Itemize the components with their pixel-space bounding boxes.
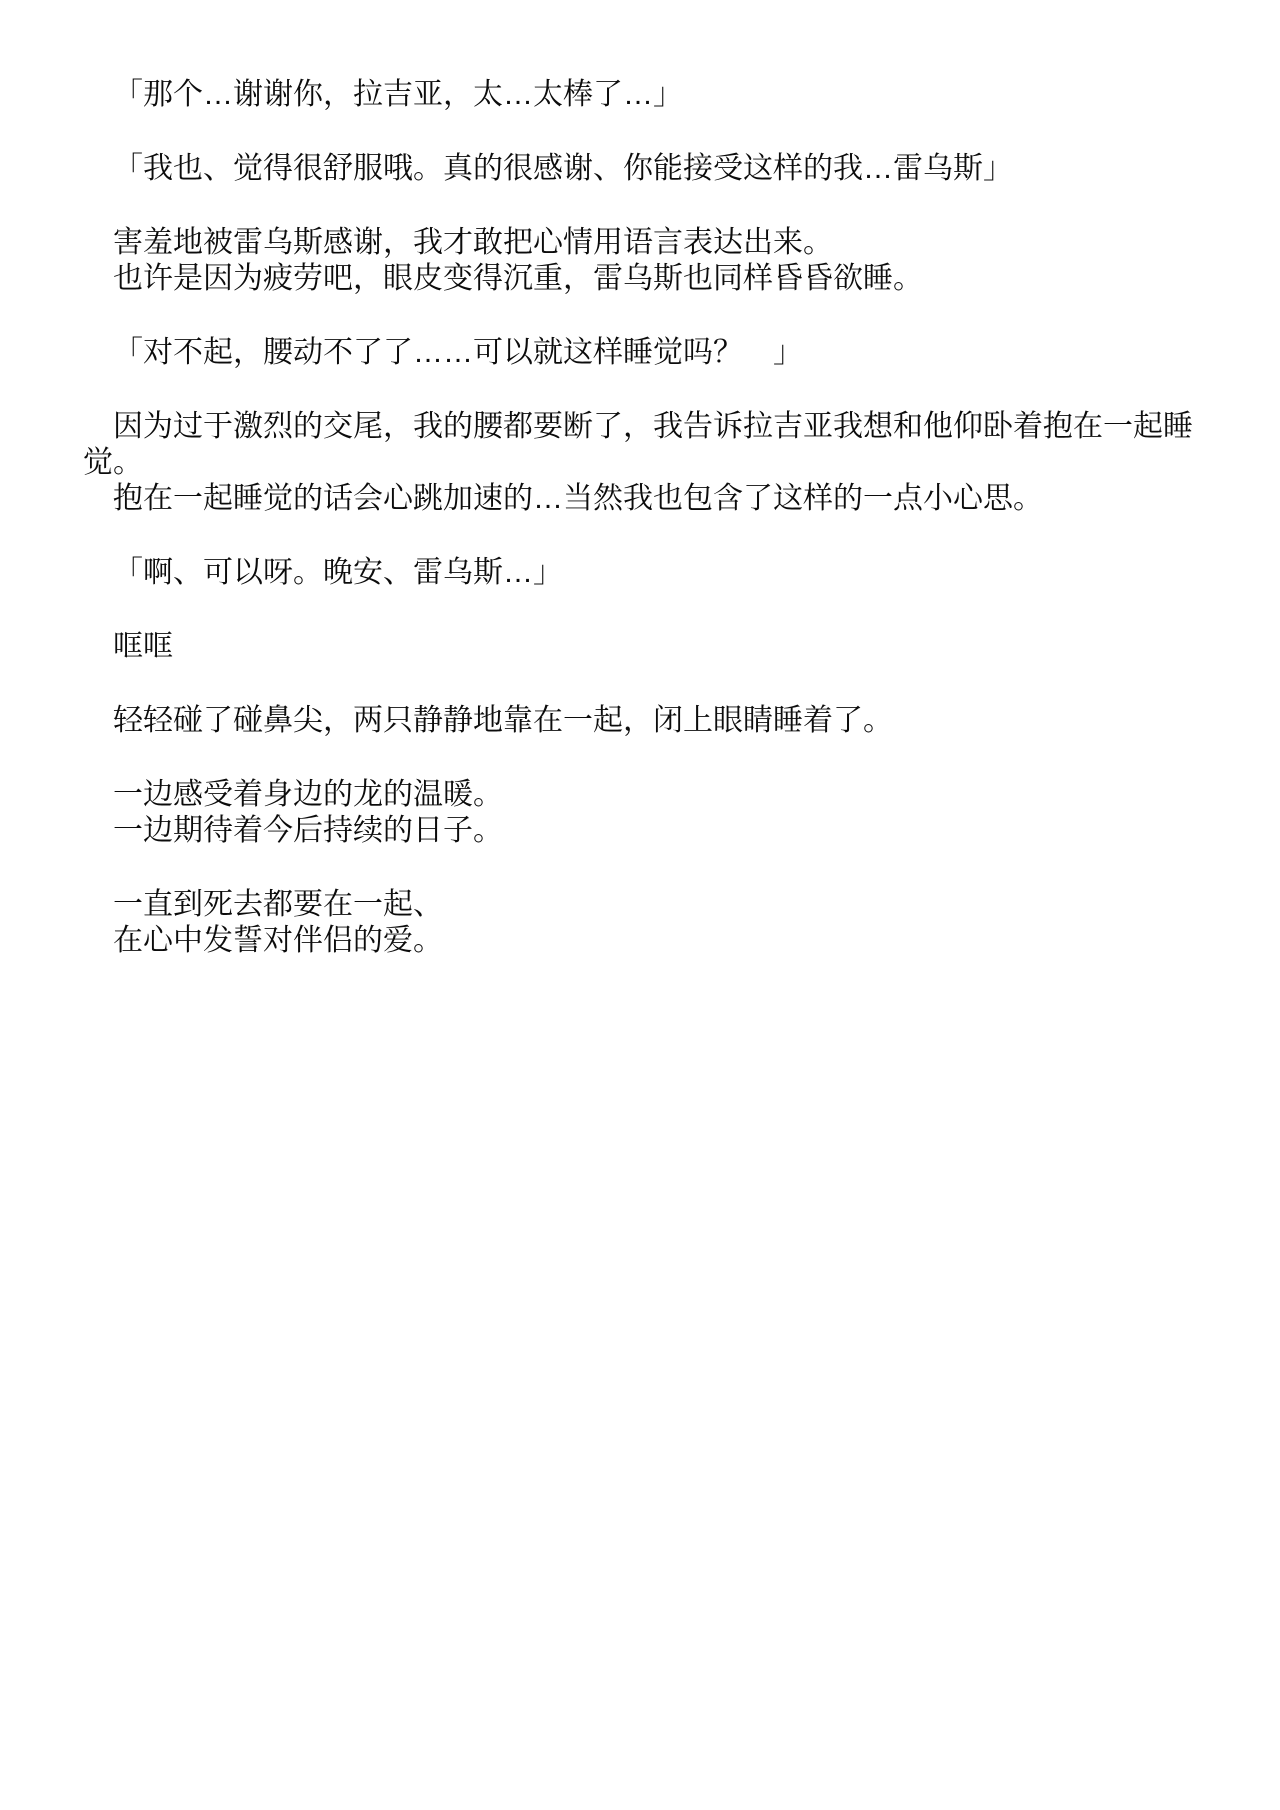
- paragraph-dialogue-4: 「啊、可以呀。晚安、雷乌斯…」: [83, 555, 1203, 591]
- text-line: 哐哐: [83, 629, 1203, 665]
- text-line: 「对不起，腰动不了了……可以就这样睡觉吗？ 」: [83, 335, 1203, 371]
- text-line: 因为过于激烈的交尾，我的腰都要断了，我告诉拉吉亚我想和他仰卧着抱在一起睡觉。: [83, 409, 1203, 481]
- text-line: 一边期待着今后持续的日子。: [83, 813, 1203, 849]
- text-line: 「我也、觉得很舒服哦。真的很感谢、你能接受这样的我…雷乌斯」: [83, 151, 1203, 187]
- text-line: 「那个…谢谢你，拉吉亚，太…太棒了…」: [83, 77, 1203, 113]
- text-line: 轻轻碰了碰鼻尖，两只静静地靠在一起，闭上眼睛睡着了。: [83, 703, 1203, 739]
- paragraph-dialogue-3: 「对不起，腰动不了了……可以就这样睡觉吗？ 」: [83, 335, 1203, 371]
- text-line: 在心中发誓对伴侣的爱。: [83, 923, 1203, 959]
- text-line: 一直到死去都要在一起、: [83, 887, 1203, 923]
- paragraph-narration-2: 因为过于激烈的交尾，我的腰都要断了，我告诉拉吉亚我想和他仰卧着抱在一起睡觉。 抱…: [83, 409, 1203, 517]
- text-line: 害羞地被雷乌斯感谢，我才敢把心情用语言表达出来。: [83, 225, 1203, 261]
- paragraph-narration-3: 轻轻碰了碰鼻尖，两只静静地靠在一起，闭上眼睛睡着了。: [83, 703, 1203, 739]
- paragraph-onomatopoeia: 哐哐: [83, 629, 1203, 665]
- text-line: 一边感受着身边的龙的温暖。: [83, 777, 1203, 813]
- paragraph-narration-5: 一直到死去都要在一起、 在心中发誓对伴侣的爱。: [83, 887, 1203, 959]
- paragraph-narration-1: 害羞地被雷乌斯感谢，我才敢把心情用语言表达出来。 也许是因为疲劳吧，眼皮变得沉重…: [83, 225, 1203, 297]
- text-line: 「啊、可以呀。晚安、雷乌斯…」: [83, 555, 1203, 591]
- paragraph-dialogue-1: 「那个…谢谢你，拉吉亚，太…太棒了…」: [83, 77, 1203, 113]
- paragraph-narration-4: 一边感受着身边的龙的温暖。 一边期待着今后持续的日子。: [83, 777, 1203, 849]
- text-line: 抱在一起睡觉的话会心跳加速的…当然我也包含了这样的一点小心思。: [83, 481, 1203, 517]
- story-page: 「那个…谢谢你，拉吉亚，太…太棒了…」 「我也、觉得很舒服哦。真的很感谢、你能接…: [0, 0, 1280, 1810]
- text-line: 也许是因为疲劳吧，眼皮变得沉重，雷乌斯也同样昏昏欲睡。: [83, 261, 1203, 297]
- paragraph-dialogue-2: 「我也、觉得很舒服哦。真的很感谢、你能接受这样的我…雷乌斯」: [83, 151, 1203, 187]
